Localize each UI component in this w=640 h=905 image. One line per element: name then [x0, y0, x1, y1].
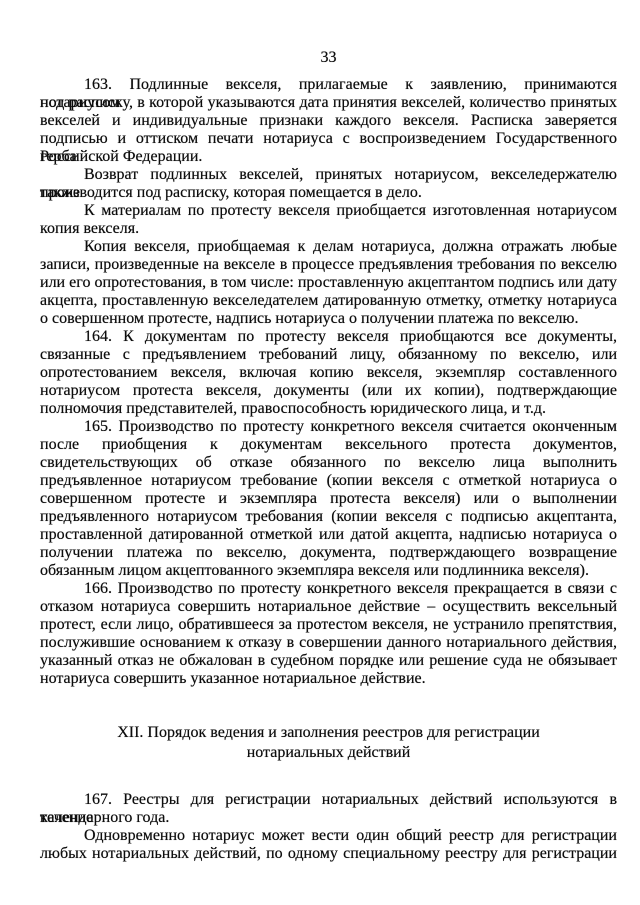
text-line: 163. Подлинные векселя, прилагаемые к за…: [40, 76, 617, 94]
text-line: получении платежа по векселю, документа,…: [40, 544, 617, 562]
text-line: указанный отказ не обжалован в судебном …: [40, 652, 617, 670]
body-paragraph: 163. Подлинные векселя, прилагаемые к за…: [40, 76, 617, 166]
text-line: 165. Производство по протесту конкретног…: [40, 418, 617, 436]
text-line: после приобщения к документам вексельног…: [40, 436, 617, 454]
text-line: 166. Производство по протесту конкретног…: [40, 580, 617, 598]
body-paragraph: Копия векселя, приобщаемая к делам нотар…: [40, 238, 617, 328]
text-line: акцепта, проставленную векселедателем да…: [40, 292, 617, 310]
body-paragraph: Возврат подлинных векселей, принятых нот…: [40, 166, 617, 202]
body-paragraph: 166. Производство по протесту конкретног…: [40, 580, 617, 688]
text-line: предъявленного нотариусом требования (ко…: [40, 508, 617, 526]
text-line: записи, произведенные на векселе в проце…: [40, 256, 617, 274]
page-number: 33: [40, 50, 617, 66]
text-line: К материалам по протесту векселя приобща…: [40, 202, 617, 220]
text-line: 167. Реестры для регистрации нотариальны…: [40, 791, 617, 809]
text-line: Одновременно нотариус может вести один о…: [40, 827, 617, 845]
document-page: 33 163. Подлинные векселя, прилагаемые к…: [0, 0, 640, 905]
text-line: подписью и оттиском печати нотариуса с в…: [40, 130, 617, 148]
text-line: под расписку, в которой указываются дата…: [40, 94, 617, 112]
text-line: свидетельствующих об отказе обязанного п…: [40, 454, 617, 472]
text-line: календарного года.: [40, 809, 617, 827]
text-line: обязанным лицом акцептованного экземпляр…: [40, 562, 617, 580]
text-line: Российской Федерации.: [40, 148, 617, 166]
text-line: нотариусом протеста векселя, документы (…: [40, 382, 617, 400]
heading-line: нотариальных действий: [40, 743, 617, 763]
body-paragraph: Одновременно нотариус может вести один о…: [40, 827, 617, 863]
text-line: полномочия представителей, правоспособно…: [40, 400, 617, 418]
text-line: производится под расписку, которая помещ…: [40, 184, 617, 202]
text-line: копия векселя.: [40, 220, 617, 238]
text-line: послужившие основанием к отказу в соверш…: [40, 634, 617, 652]
body-paragraph: 165. Производство по протесту конкретног…: [40, 418, 617, 580]
text-line: о совершенном протесте, надпись нотариус…: [40, 310, 617, 328]
text-line: отказом нотариуса совершить нотариальное…: [40, 598, 617, 616]
text-line: векселей и индивидуальные признаки каждо…: [40, 112, 617, 130]
section-heading: XII. Порядок ведения и заполнения реестр…: [40, 723, 617, 763]
body-paragraph: 167. Реестры для регистрации нотариальны…: [40, 791, 617, 827]
text-line: совершенном протесте и экземпляра протес…: [40, 490, 617, 508]
body-paragraph: 164. К документам по протесту векселя пр…: [40, 328, 617, 418]
text-line: протест, если лицо, обратившееся за прот…: [40, 616, 617, 634]
text-line: связанные с предъявлением требований лиц…: [40, 346, 617, 364]
document-body: 163. Подлинные векселя, прилагаемые к за…: [40, 76, 617, 863]
text-line: проставленной датированной отметкой или …: [40, 526, 617, 544]
text-line: предъявленное нотариусом требование (коп…: [40, 472, 617, 490]
text-line: нотариуса совершить указанное нотариальн…: [40, 670, 617, 688]
text-line: или его опротестования, в том числе: про…: [40, 274, 617, 292]
text-line: опротестованием векселя, включая копию в…: [40, 364, 617, 382]
text-line: Возврат подлинных векселей, принятых нот…: [40, 166, 617, 184]
text-line: Копия векселя, приобщаемая к делам нотар…: [40, 238, 617, 256]
text-line: 164. К документам по протесту векселя пр…: [40, 328, 617, 346]
text-line: любых нотариальных действий, по одному с…: [40, 845, 617, 863]
body-paragraph: К материалам по протесту векселя приобща…: [40, 202, 617, 238]
heading-line: XII. Порядок ведения и заполнения реестр…: [40, 723, 617, 743]
